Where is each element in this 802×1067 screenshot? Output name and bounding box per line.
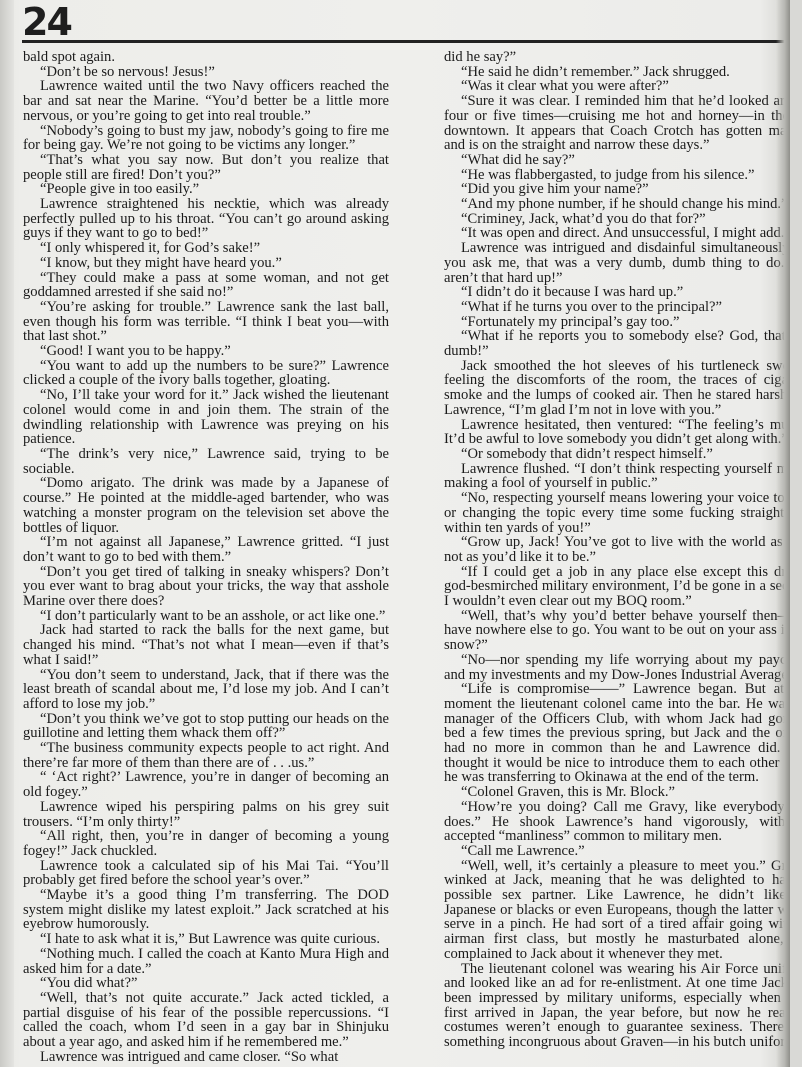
paragraph: “No, I’ll take your word for it.” Jack w… [23,388,389,447]
paragraph: “Don’t you get tired of talking in sneak… [23,565,389,609]
paragraph: “What did he say?” [444,153,790,168]
paragraph: Lawrence straightened his necktie, which… [23,197,389,241]
paragraph: “Good! I want you to be happy.” [23,344,389,359]
paragraph: “I know, but they might have heard you.” [23,256,389,271]
page-gutter-shadow [0,0,14,1067]
paragraph: Lawrence waited until the two Navy offic… [23,79,389,123]
paragraph: “I didn’t do it because I was hard up.” [444,285,790,300]
paragraph: “Well, that’s not quite accurate.” Jack … [23,991,389,1050]
paragraph: “Domo arigato. The drink was made by a J… [23,476,389,535]
paragraph: “I hate to ask what it is,” But Lawrence… [23,932,389,947]
paragraph: “How’re you doing? Call me Gravy, like e… [444,800,790,844]
paragraph: “He said he didn’t remember.” Jack shrug… [444,65,790,80]
paragraph: “The drink’s very nice,” Lawrence said, … [23,447,389,476]
paragraph: “Was it clear what you were after?” [444,79,790,94]
header-rule [22,40,790,43]
paragraph: “The business community expects people t… [23,741,389,770]
paragraph: Lawrence hesitated, then ventured: “The … [444,418,790,447]
paragraph: Lawrence took a calculated sip of his Ma… [23,859,389,888]
paragraph: “Don’t you think we’ve got to stop putti… [23,712,389,741]
paragraph: “ ‘Act right?’ Lawrence, you’re in dange… [23,770,389,799]
paragraph: bald spot again. [23,50,389,65]
paragraph: “Don’t be so nervous! Jesus!” [23,65,389,80]
paragraph: “What if he turns you over to the princi… [444,300,790,315]
paragraph: “Sure it was clear. I reminded him that … [444,94,790,153]
paragraph: “Call me Lawrence.” [444,844,790,859]
paragraph: “And my phone number, if he should chang… [444,197,790,212]
paragraph: Jack smoothed the hot sleeves of his tur… [444,359,790,418]
paragraph: “You did what?” [23,976,389,991]
page-number: 24 [22,2,71,42]
paragraph: “If I could get a job in any place else … [444,565,790,609]
paragraph: Jack had started to rack the balls for t… [23,623,389,667]
paragraph: “What if he reports you to somebody else… [444,329,790,358]
paragraph: “You want to add up the numbers to be su… [23,359,389,388]
paragraph: “Life is compromise——” Lawrence began. B… [444,682,790,785]
paragraph: “All right, then, you’re in danger of be… [23,829,389,858]
paragraph: Lawrence was intrigued and came closer. … [23,1050,389,1065]
paragraph: “You’re asking for trouble.” Lawrence sa… [23,300,389,344]
right-text-column: did he say?” “He said he didn’t remember… [444,50,790,1050]
paragraph: “You don’t seem to understand, Jack, tha… [23,668,389,712]
paragraph: “Maybe it’s a good thing I’m transferrin… [23,888,389,932]
paragraph: “I don’t particularly want to be an assh… [23,609,389,624]
paragraph: “Criminey, Jack, what’d you do that for?… [444,212,790,227]
paragraph: “Nobody’s going to bust my jaw, nobody’s… [23,124,389,153]
magazine-page: 24 bald spot again. “Don’t be so nervous… [0,0,790,1067]
paragraph: “That’s what you say now. But don’t you … [23,153,389,182]
paragraph: “I only whispered it, for God’s sake!” [23,241,389,256]
paragraph: “People give in too easily.” [23,182,389,197]
page-curl-shadow [776,0,790,1067]
paragraph: Lawrence wiped his perspiring palms on h… [23,800,389,829]
paragraph: “No, respecting yourself means lowering … [444,491,790,535]
paragraph: Lawrence flushed. “I don’t think respect… [444,462,790,491]
paragraph: “Grow up, Jack! You’ve got to live with … [444,535,790,564]
paragraph: “It was open and direct. And unsuccessfu… [444,226,790,241]
paragraph: “No—nor spending my life worrying about … [444,653,790,682]
paragraph: “He was flabbergasted, to judge from his… [444,168,790,183]
paragraph: “I’m not against all Japanese,” Lawrence… [23,535,389,564]
paragraph: “Or somebody that didn’t respect himself… [444,447,790,462]
paragraph: The lieutenant colonel was wearing his A… [444,962,790,1050]
paragraph: “They could make a pass at some woman, a… [23,271,389,300]
paragraph: Lawrence was intrigued and disdainful si… [444,241,790,285]
paragraph: “Nothing much. I called the coach at Kan… [23,947,389,976]
paragraph: “Fortunately my principal’s gay too.” [444,315,790,330]
paragraph: “Well, well, it’s certainly a pleasure t… [444,859,790,962]
paragraph: did he say?” [444,50,790,65]
left-text-column: bald spot again. “Don’t be so nervous! J… [23,50,389,1065]
paragraph: “Did you give him your name?” [444,182,790,197]
paragraph: “Colonel Graven, this is Mr. Block.” [444,785,790,800]
paragraph: “Well, that’s why you’d better behave yo… [444,609,790,653]
